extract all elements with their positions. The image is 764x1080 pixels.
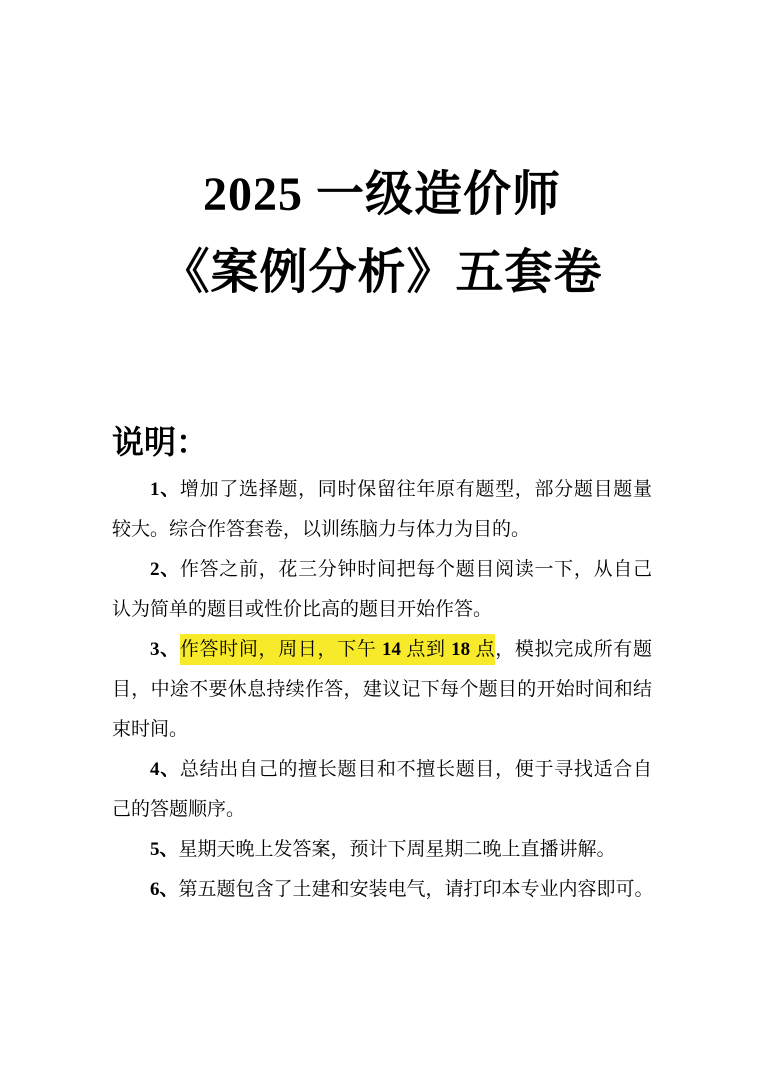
note-3-highlighted-text: 作答时间，周日，下午 bbox=[180, 634, 382, 665]
note-2-number: 2、 bbox=[150, 559, 180, 580]
note-1-text: 增加了选择题，同时保留往年原有题型，部分题目题量较大。综合作答套卷，以训练脑力与… bbox=[112, 479, 652, 540]
note-3-highlighted-text: 点 bbox=[470, 634, 495, 665]
note-2-text: 作答之前，花三分钟时间把每个题目阅读一下，从自己认为简单的题目或性价比高的题目开… bbox=[112, 559, 652, 620]
note-1-number: 1、 bbox=[150, 479, 180, 500]
note-paragraph-1: 1、增加了选择题，同时保留往年原有题型，部分题目题量较大。综合作答套卷，以训练脑… bbox=[112, 470, 652, 550]
note-4-number: 4、 bbox=[150, 759, 180, 780]
note-5-text: 星期天晚上发答案，预计下周星期二晚上直播讲解。 bbox=[179, 839, 616, 860]
note-6-text: 第五题包含了土建和安装电气，请打印本专业内容即可。 bbox=[179, 879, 654, 900]
note-5-number: 5、 bbox=[150, 839, 179, 860]
note-paragraph-3: 3、作答时间，周日，下午 14 点到 18 点，模拟完成所有题目，中途不要休息持… bbox=[112, 630, 652, 750]
document-page: 2025 一级造价师 《案例分析》五套卷 说明： 1、增加了选择题，同时保留往年… bbox=[0, 0, 764, 1080]
title-line-2: 《案例分析》五套卷 bbox=[0, 234, 764, 312]
note-3-highlighted-text: 点到 bbox=[401, 634, 451, 665]
note-paragraph-4: 4、总结出自己的擅长题目和不擅长题目，便于寻找适合自己的答题顺序。 bbox=[112, 750, 652, 830]
note-3-highlight-time-end: 18 bbox=[451, 634, 470, 665]
note-6-number: 6、 bbox=[150, 879, 179, 900]
title-line-1: 2025 一级造价师 bbox=[0, 156, 764, 234]
note-paragraph-2: 2、作答之前，花三分钟时间把每个题目阅读一下，从自己认为简单的题目或性价比高的题… bbox=[112, 550, 652, 630]
note-paragraph-5: 5、星期天晚上发答案，预计下周星期二晚上直播讲解。 bbox=[112, 830, 652, 870]
section-heading: 说明： bbox=[112, 420, 652, 464]
instructions-section: 说明： 1、增加了选择题，同时保留往年原有题型，部分题目题量较大。综合作答套卷，… bbox=[112, 420, 652, 910]
note-4-text: 总结出自己的擅长题目和不擅长题目，便于寻找适合自己的答题顺序。 bbox=[112, 759, 652, 820]
note-3-highlight-time-start: 14 bbox=[382, 634, 401, 665]
document-title: 2025 一级造价师 《案例分析》五套卷 bbox=[0, 156, 764, 312]
note-3-number: 3、 bbox=[150, 639, 180, 660]
note-paragraph-6: 6、第五题包含了土建和安装电气，请打印本专业内容即可。 bbox=[112, 870, 652, 910]
